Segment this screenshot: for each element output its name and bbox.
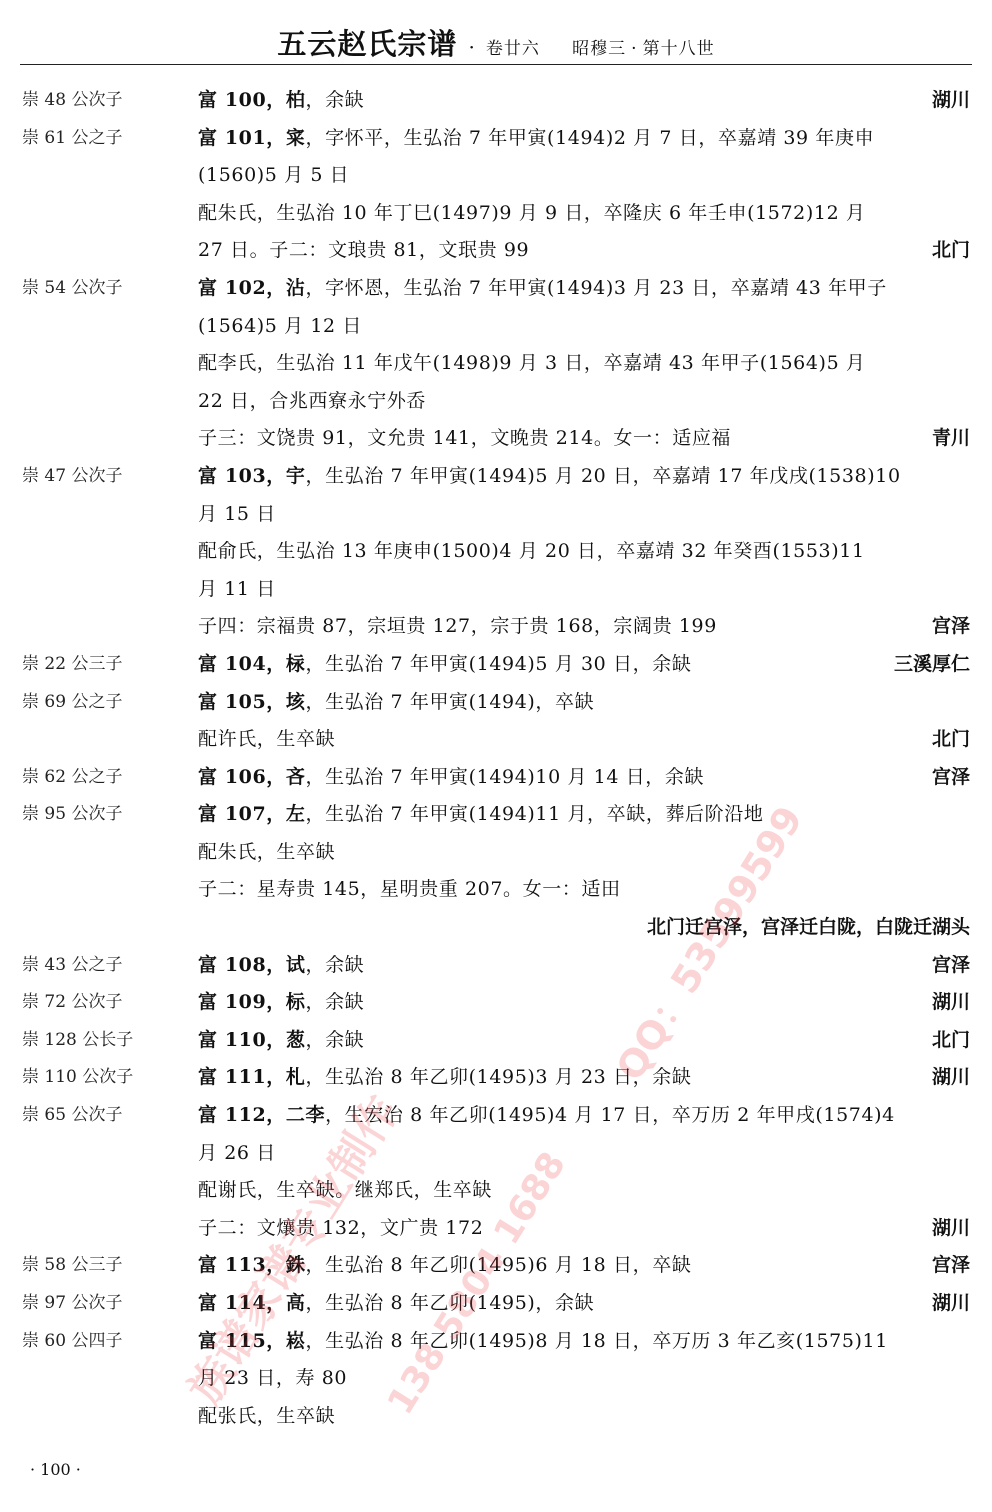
residence-place: 宫泽 [932, 608, 970, 646]
entry-text: 配张氏，生卒缺 [198, 1398, 335, 1436]
entry-text: 富 110，葱，余缺 [198, 1022, 364, 1060]
entry-text: 富 114，高，生弘治 8 年乙卯(1495)，余缺 [198, 1285, 594, 1323]
entry-text: 月 11 日 [198, 571, 276, 609]
residence-place: 宫泽 [932, 1247, 970, 1285]
entry-line: 配许氏，生卒缺北门 [0, 721, 992, 759]
entry-detail: 配俞氏，生弘治 13 年庚申(1500)4 月 20 日，卒嘉靖 32 年癸酉(… [198, 540, 865, 562]
entry-detail: ，余缺 [305, 954, 364, 976]
entry-line: 崇 97 公次子富 114，高，生弘治 8 年乙卯(1495)，余缺湖川 [0, 1285, 992, 1323]
person-name: 富 107，左 [198, 803, 305, 825]
header-rule [20, 64, 972, 65]
parent-reference: 崇 58 公三子 [22, 1247, 122, 1285]
entry-text: 富 112，二李，生宏治 8 年乙卯(1495)4 月 17 日，卒万历 2 年… [198, 1097, 895, 1135]
entry-text: 富 109，标，余缺 [198, 984, 364, 1022]
residence-place: 湖川 [932, 1210, 970, 1248]
entry-line: 崇 62 公之子富 106，吝，生弘治 7 年甲寅(1494)10 月 14 日… [0, 759, 992, 797]
entry-text: 配朱氏，生弘治 10 年丁巳(1497)9 月 9 日，卒隆庆 6 年壬申(15… [198, 195, 866, 233]
person-name: 富 105，垓 [198, 691, 305, 713]
entry-line: 月 15 日 [0, 496, 992, 534]
entry-line: 配朱氏，生卒缺 [0, 834, 992, 872]
entry-line: 崇 72 公次子富 109，标，余缺湖川 [0, 984, 992, 1022]
entry-line: 崇 47 公次子富 103，宇，生弘治 7 年甲寅(1494)5 月 20 日，… [0, 458, 992, 496]
entry-line: 崇 43 公之子富 108，试，余缺宫泽 [0, 947, 992, 985]
person-name: 富 106，吝 [198, 766, 305, 788]
entry-detail: ，生弘治 7 年甲寅(1494)5 月 20 日，卒嘉靖 17 年戊戌(1538… [305, 465, 900, 487]
entry-detail: (1560)5 月 5 日 [198, 164, 349, 186]
parent-reference: 崇 54 公次子 [22, 270, 122, 308]
entry-line: 崇 61 公之子富 101，寀，字怀平，生弘治 7 年甲寅(1494)2 月 7… [0, 120, 992, 158]
parent-reference: 崇 69 公之子 [22, 684, 122, 722]
entry-text: 配谢氏，生卒缺。继郑氏，生卒缺 [198, 1172, 492, 1210]
entry-text: (1560)5 月 5 日 [198, 157, 349, 195]
person-name: 富 113，銖 [198, 1254, 305, 1276]
residence-place: 湖川 [932, 1285, 970, 1323]
person-name: 富 100，柏 [198, 89, 305, 111]
entry-line: 配李氏，生弘治 11 年戊午(1498)9 月 3 日，卒嘉靖 43 年甲子(1… [0, 345, 992, 383]
residence-place: 北门 [932, 1022, 970, 1060]
entry-line: 月 26 日 [0, 1135, 992, 1173]
entry-detail: 子四：宗福贵 87，宗垣贵 127，宗于贵 168，宗阔贵 199 [198, 615, 717, 637]
entry-detail: ，生弘治 7 年甲寅(1494)，卒缺 [305, 691, 594, 713]
entry-detail: 配张氏，生卒缺 [198, 1405, 335, 1427]
residence-place: 宫泽 [932, 947, 970, 985]
header-separator: · [468, 35, 474, 59]
parent-reference: 崇 22 公三子 [22, 646, 122, 684]
entry-detail: ，生弘治 8 年乙卯(1495)，余缺 [305, 1292, 594, 1314]
entry-text: 子三：文饶贵 91，文允贵 141，文晚贵 214。女一：适应福 [198, 420, 731, 458]
entry-text: 富 100，柏，余缺 [198, 82, 364, 120]
entry-line: 崇 65 公次子富 112，二李，生宏治 8 年乙卯(1495)4 月 17 日… [0, 1097, 992, 1135]
entry-text: 配朱氏，生卒缺 [198, 834, 335, 872]
person-name: 富 102，沾 [198, 277, 305, 299]
residence-place: 湖川 [932, 82, 970, 120]
entry-text: 月 15 日 [198, 496, 276, 534]
entry-detail: 月 15 日 [198, 503, 276, 525]
entry-detail: 月 26 日 [198, 1142, 276, 1164]
entry-detail: 配许氏，生卒缺 [198, 728, 335, 750]
entry-detail: 月 23 日，寿 80 [198, 1367, 347, 1389]
entry-line: 配朱氏，生弘治 10 年丁巳(1497)9 月 9 日，卒隆庆 6 年壬申(15… [0, 195, 992, 233]
document-page: 五云赵氏宗谱 · 卷廿六 昭穆三 · 第十八世 崇 48 公次子富 100，柏，… [0, 0, 992, 1512]
residence-place: 宫泽 [932, 759, 970, 797]
entry-text: (1564)5 月 12 日 [198, 308, 362, 346]
entry-line: 月 11 日 [0, 571, 992, 609]
entry-text: 富 104，柡，生弘治 7 年甲寅(1494)5 月 30 日，余缺 [198, 646, 691, 684]
residence-place: 北门迁宫泽，宫泽迁白陇，白陇迁湖头 [647, 909, 970, 947]
person-name: 富 110，葱 [198, 1029, 305, 1051]
entry-detail: ，余缺 [305, 89, 364, 111]
entry-line: 崇 58 公三子富 113，銖，生弘治 8 年乙卯(1495)6 月 18 日，… [0, 1247, 992, 1285]
entry-line: 北门迁宫泽，宫泽迁白陇，白陇迁湖头 [0, 909, 992, 947]
entry-text: 月 23 日，寿 80 [198, 1360, 347, 1398]
entry-detail: ，生弘治 7 年甲寅(1494)5 月 30 日，余缺 [305, 653, 691, 675]
entry-line: (1564)5 月 12 日 [0, 308, 992, 346]
entry-line: 崇 95 公次子富 107，左，生弘治 7 年甲寅(1494)11 月，卒缺，葬… [0, 796, 992, 834]
person-name: 富 115，崧 [198, 1330, 305, 1352]
parent-reference: 崇 72 公次子 [22, 984, 122, 1022]
entry-text: 配许氏，生卒缺 [198, 721, 335, 759]
entry-line: 崇 48 公次子富 100，柏，余缺湖川 [0, 82, 992, 120]
entry-text: 富 108，试，余缺 [198, 947, 364, 985]
entry-text: 富 106，吝，生弘治 7 年甲寅(1494)10 月 14 日，余缺 [198, 759, 704, 797]
residence-place: 北门 [932, 232, 970, 270]
residence-place: 湖川 [932, 1059, 970, 1097]
header-separator-2: · [631, 39, 637, 59]
entry-detail: ，字怀恩，生弘治 7 年甲寅(1494)3 月 23 日，卒嘉靖 43 年甲子 [305, 277, 886, 299]
entry-detail: 配朱氏，生弘治 10 年丁巳(1497)9 月 9 日，卒隆庆 6 年壬申(15… [198, 202, 866, 224]
parent-reference: 崇 95 公次子 [22, 796, 122, 834]
entry-line: 崇 22 公三子富 104，柡，生弘治 7 年甲寅(1494)5 月 30 日，… [0, 646, 992, 684]
entry-text: 富 103，宇，生弘治 7 年甲寅(1494)5 月 20 日，卒嘉靖 17 年… [198, 458, 901, 496]
entry-text: 配俞氏，生弘治 13 年庚申(1500)4 月 20 日，卒嘉靖 32 年癸酉(… [198, 533, 865, 571]
entry-line: 崇 60 公四子富 115，崧，生弘治 8 年乙卯(1495)8 月 18 日，… [0, 1323, 992, 1361]
entry-detail: 配谢氏，生卒缺。继郑氏，生卒缺 [198, 1179, 492, 1201]
residence-place: 北门 [932, 721, 970, 759]
entry-line: 子二：文爙贵 132，文广贵 172湖川 [0, 1210, 992, 1248]
entry-line: 22 日，合兆西寮永宁外岙 [0, 383, 992, 421]
entry-line: 子四：宗福贵 87，宗垣贵 127，宗于贵 168，宗阔贵 199宫泽 [0, 608, 992, 646]
entry-detail: ，余缺 [305, 1029, 364, 1051]
entry-detail: ，生弘治 7 年甲寅(1494)10 月 14 日，余缺 [305, 766, 704, 788]
entry-detail: ，生弘治 7 年甲寅(1494)11 月，卒缺，葬后阶沿地 [305, 803, 763, 825]
entry-text: 子四：宗福贵 87，宗垣贵 127，宗于贵 168，宗阔贵 199 [198, 608, 717, 646]
person-name: 富 101，寀 [198, 127, 305, 149]
entry-text: 配李氏，生弘治 11 年戊午(1498)9 月 3 日，卒嘉靖 43 年甲子(1… [198, 345, 866, 383]
entry-detail: ，生弘治 8 年乙卯(1495)8 月 18 日，卒万历 3 年乙亥(1575)… [305, 1330, 887, 1352]
entry-line: 配谢氏，生卒缺。继郑氏，生卒缺 [0, 1172, 992, 1210]
entry-detail: ，生宏治 8 年乙卯(1495)4 月 17 日，卒万历 2 年甲戌(1574)… [325, 1104, 895, 1126]
volume-label: 卷廿六 [486, 39, 540, 59]
entry-line: 子二：星寿贵 145，星明贵重 207。女一：适田 [0, 871, 992, 909]
entry-line: 崇 110 公次子富 111，札，生弘治 8 年乙卯(1495)3 月 23 日… [0, 1059, 992, 1097]
entry-text: 子二：星寿贵 145，星明贵重 207。女一：适田 [198, 871, 621, 909]
entry-line: 崇 128 公长子富 110，葱，余缺北门 [0, 1022, 992, 1060]
entry-text: 富 101，寀，字怀平，生弘治 7 年甲寅(1494)2 月 7 日，卒嘉靖 3… [198, 120, 874, 158]
person-name: 富 109，标 [198, 991, 305, 1013]
parent-reference: 崇 48 公次子 [22, 82, 122, 120]
entry-text: 富 105，垓，生弘治 7 年甲寅(1494)，卒缺 [198, 684, 594, 722]
entry-line: 配俞氏，生弘治 13 年庚申(1500)4 月 20 日，卒嘉靖 32 年癸酉(… [0, 533, 992, 571]
person-name: 富 104，柡 [198, 653, 305, 675]
entry-detail: (1564)5 月 12 日 [198, 315, 362, 337]
person-name: 富 111，札 [198, 1066, 305, 1088]
person-name: 富 112，二李 [198, 1104, 325, 1126]
parent-reference: 崇 110 公次子 [22, 1059, 133, 1097]
entry-detail: 子二：星寿贵 145，星明贵重 207。女一：适田 [198, 878, 621, 900]
person-name: 富 103，宇 [198, 465, 305, 487]
entry-text: 子二：文爙贵 132，文广贵 172 [198, 1210, 483, 1248]
entry-text: 22 日，合兆西寮永宁外岙 [198, 383, 426, 421]
entry-text: 富 102，沾，字怀恩，生弘治 7 年甲寅(1494)3 月 23 日，卒嘉靖 … [198, 270, 887, 308]
parent-reference: 崇 47 公次子 [22, 458, 122, 496]
entry-line: (1560)5 月 5 日 [0, 157, 992, 195]
parent-reference: 崇 97 公次子 [22, 1285, 122, 1323]
entry-line: 崇 54 公次子富 102，沾，字怀恩，生弘治 7 年甲寅(1494)3 月 2… [0, 270, 992, 308]
entry-detail: 子三：文饶贵 91，文允贵 141，文晚贵 214。女一：适应福 [198, 427, 731, 449]
entry-text: 月 26 日 [198, 1135, 276, 1173]
entry-detail: ，字怀平，生弘治 7 年甲寅(1494)2 月 7 日，卒嘉靖 39 年庚申 [305, 127, 874, 149]
entry-detail: 子二：文爙贵 132，文广贵 172 [198, 1217, 483, 1239]
entry-text: 富 111，札，生弘治 8 年乙卯(1495)3 月 23 日，余缺 [198, 1059, 691, 1097]
section-label: 昭穆三 [572, 39, 626, 59]
page-number: · 100 · [30, 1460, 81, 1479]
entry-detail: ，余缺 [305, 991, 364, 1013]
entry-detail: 27 日。子二：文琅贵 81，文珉贵 99 [198, 239, 529, 261]
entry-line: 月 23 日，寿 80 [0, 1360, 992, 1398]
book-title: 五云赵氏宗谱 [277, 27, 457, 61]
person-name: 富 114，高 [198, 1292, 305, 1314]
entry-detail: ，生弘治 8 年乙卯(1495)6 月 18 日，卒缺 [305, 1254, 691, 1276]
entry-line: 子三：文饶贵 91，文允贵 141，文晚贵 214。女一：适应福青川 [0, 420, 992, 458]
running-header: 五云赵氏宗谱 · 卷廿六 昭穆三 · 第十八世 [0, 22, 992, 62]
residence-place: 三溪厚仁 [894, 646, 970, 684]
entry-text: 富 113，銖，生弘治 8 年乙卯(1495)6 月 18 日，卒缺 [198, 1247, 691, 1285]
generation-label: 第十八世 [643, 39, 715, 59]
entry-text: 27 日。子二：文琅贵 81，文珉贵 99 [198, 232, 529, 270]
person-name: 富 108，试 [198, 954, 305, 976]
entry-line: 27 日。子二：文琅贵 81，文珉贵 99北门 [0, 232, 992, 270]
entry-detail: 配李氏，生弘治 11 年戊午(1498)9 月 3 日，卒嘉靖 43 年甲子(1… [198, 352, 866, 374]
genealogy-entries: 崇 48 公次子富 100，柏，余缺湖川崇 61 公之子富 101，寀，字怀平，… [0, 82, 992, 1435]
entry-text: 富 115，崧，生弘治 8 年乙卯(1495)8 月 18 日，卒万历 3 年乙… [198, 1323, 888, 1361]
entry-detail: 22 日，合兆西寮永宁外岙 [198, 390, 426, 412]
entry-detail: 月 11 日 [198, 578, 276, 600]
parent-reference: 崇 60 公四子 [22, 1323, 122, 1361]
entry-detail: ，生弘治 8 年乙卯(1495)3 月 23 日，余缺 [305, 1066, 691, 1088]
residence-place: 湖川 [932, 984, 970, 1022]
residence-place: 青川 [932, 420, 970, 458]
entry-line: 配张氏，生卒缺 [0, 1398, 992, 1436]
parent-reference: 崇 43 公之子 [22, 947, 122, 985]
parent-reference: 崇 61 公之子 [22, 120, 122, 158]
entry-detail: 配朱氏，生卒缺 [198, 841, 335, 863]
parent-reference: 崇 65 公次子 [22, 1097, 122, 1135]
entry-line: 崇 69 公之子富 105，垓，生弘治 7 年甲寅(1494)，卒缺 [0, 684, 992, 722]
parent-reference: 崇 62 公之子 [22, 759, 122, 797]
parent-reference: 崇 128 公长子 [22, 1022, 133, 1060]
entry-text: 富 107，左，生弘治 7 年甲寅(1494)11 月，卒缺，葬后阶沿地 [198, 796, 763, 834]
